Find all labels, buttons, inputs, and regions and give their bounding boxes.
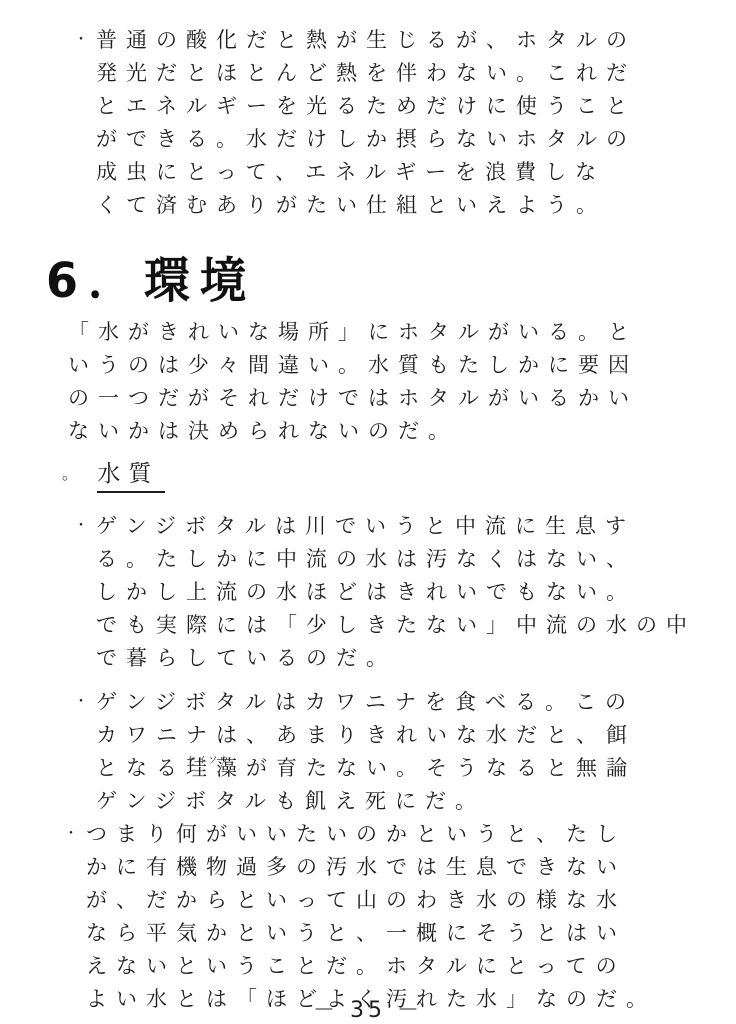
- text-line: カワニナは、あまりきれいな水だと、餌: [96, 719, 636, 752]
- bullet-marker: ・: [64, 818, 86, 1016]
- text-line: る。たしかに中流の水は汚なくはない、: [96, 543, 696, 576]
- page-number: － 35 －: [0, 993, 736, 1024]
- text-line: いうのは少々間違い。水質もたしかに要因: [68, 349, 638, 382]
- furigana-label: ケイソウ: [187, 745, 230, 778]
- text-line: しかし上流の水ほどはきれいでもない。: [96, 576, 696, 609]
- circle-marker: 。: [62, 464, 82, 483]
- text-line: となるケイソウ珪藻が育たない。そうなると無論: [96, 752, 636, 785]
- conclusion-paragraph: ・ つまり何がいいたいのかというと、たし かに有機物過多の汚水では生息できない …: [64, 818, 656, 1016]
- text-line: 「水がきれいな場所」にホタルがいる。と: [68, 316, 638, 349]
- text-line: ゲンジボタルも飢え死にだ。: [96, 785, 636, 818]
- section-number: 6．: [46, 252, 144, 309]
- bullet-marker: ・: [74, 24, 96, 222]
- text-line: つまり何がいいたいのかというと、たし: [86, 818, 656, 851]
- text-line: が、だからといって山のわき水の様な水: [86, 884, 656, 917]
- text-line: えないということだ。ホタルにとっての: [86, 950, 656, 983]
- bullet-marker: ・: [74, 510, 96, 675]
- habitat-paragraph-lines: ゲンジボタルは川でいうと中流に生息す る。たしかに中流の水は汚なくはない、 しか…: [96, 510, 696, 675]
- text-line: なら平気かというと、一概にそうとはい: [86, 917, 656, 950]
- subsection-heading-water-quality: 。 水質: [62, 455, 165, 488]
- subsection-title: 水質: [97, 461, 165, 493]
- text-line: 発光だとほとんど熱を伴わない。これだ: [96, 57, 636, 90]
- section-title: 環境: [144, 252, 256, 309]
- text-line: ゲンジボタルは川でいうと中流に生息す: [96, 510, 696, 543]
- text-segment: が育たない。そうなると無論: [246, 756, 636, 780]
- text-line: 成虫にとって、エネルギーを浪費しな: [96, 156, 636, 189]
- diatom-paragraph: ・ ゲンジボタルはカワニナを食べる。この カワニナは、あまりきれいな水だと、餌 …: [74, 686, 636, 818]
- intro-paragraph-lines: 普通の酸化だと熱が生じるが、ホタルの 発光だとほとんど熱を伴わない。これだ とエ…: [96, 24, 636, 222]
- bullet-marker: ・: [74, 686, 96, 818]
- text-line: ないかは決められないのだ。: [68, 415, 638, 448]
- lead-paragraph: 「水がきれいな場所」にホタルがいる。と いうのは少々間違い。水質もたしかに要因 …: [68, 316, 638, 448]
- text-line: で暮らしているのだ。: [96, 642, 696, 675]
- intro-paragraph: ・ 普通の酸化だと熱が生じるが、ホタルの 発光だとほとんど熱を伴わない。これだ …: [74, 24, 636, 222]
- diatom-paragraph-lines: ゲンジボタルはカワニナを食べる。この カワニナは、あまりきれいな水だと、餌 とな…: [96, 686, 636, 818]
- text-line: でも実際には「少しきたない」中流の水の中: [96, 609, 696, 642]
- text-line: ができる。水だけしか摂らないホタルの: [96, 123, 636, 156]
- conclusion-paragraph-lines: つまり何がいいたいのかというと、たし かに有機物過多の汚水では生息できない が、…: [86, 818, 656, 1016]
- text-line: とエネルギーを光るためだけに使うこと: [96, 90, 636, 123]
- scanned-document-page: ・ 普通の酸化だと熱が生じるが、ホタルの 発光だとほとんど熱を伴わない。これだ …: [0, 0, 736, 1024]
- text-line: くて済むありがたい仕組といえよう。: [96, 189, 636, 222]
- text-line: ゲンジボタルはカワニナを食べる。この: [96, 686, 636, 719]
- section-heading: 6．環境: [46, 242, 256, 311]
- habitat-paragraph: ・ ゲンジボタルは川でいうと中流に生息す る。たしかに中流の水は汚なくはない、 …: [74, 510, 696, 675]
- diatom-word-with-furigana: ケイソウ珪藻: [186, 756, 246, 780]
- text-line: かに有機物過多の汚水では生息できない: [86, 851, 656, 884]
- text-segment: となる: [96, 756, 186, 780]
- text-line: の一つだがそれだけではホタルがいるかい: [68, 382, 638, 415]
- text-line: 普通の酸化だと熱が生じるが、ホタルの: [96, 24, 636, 57]
